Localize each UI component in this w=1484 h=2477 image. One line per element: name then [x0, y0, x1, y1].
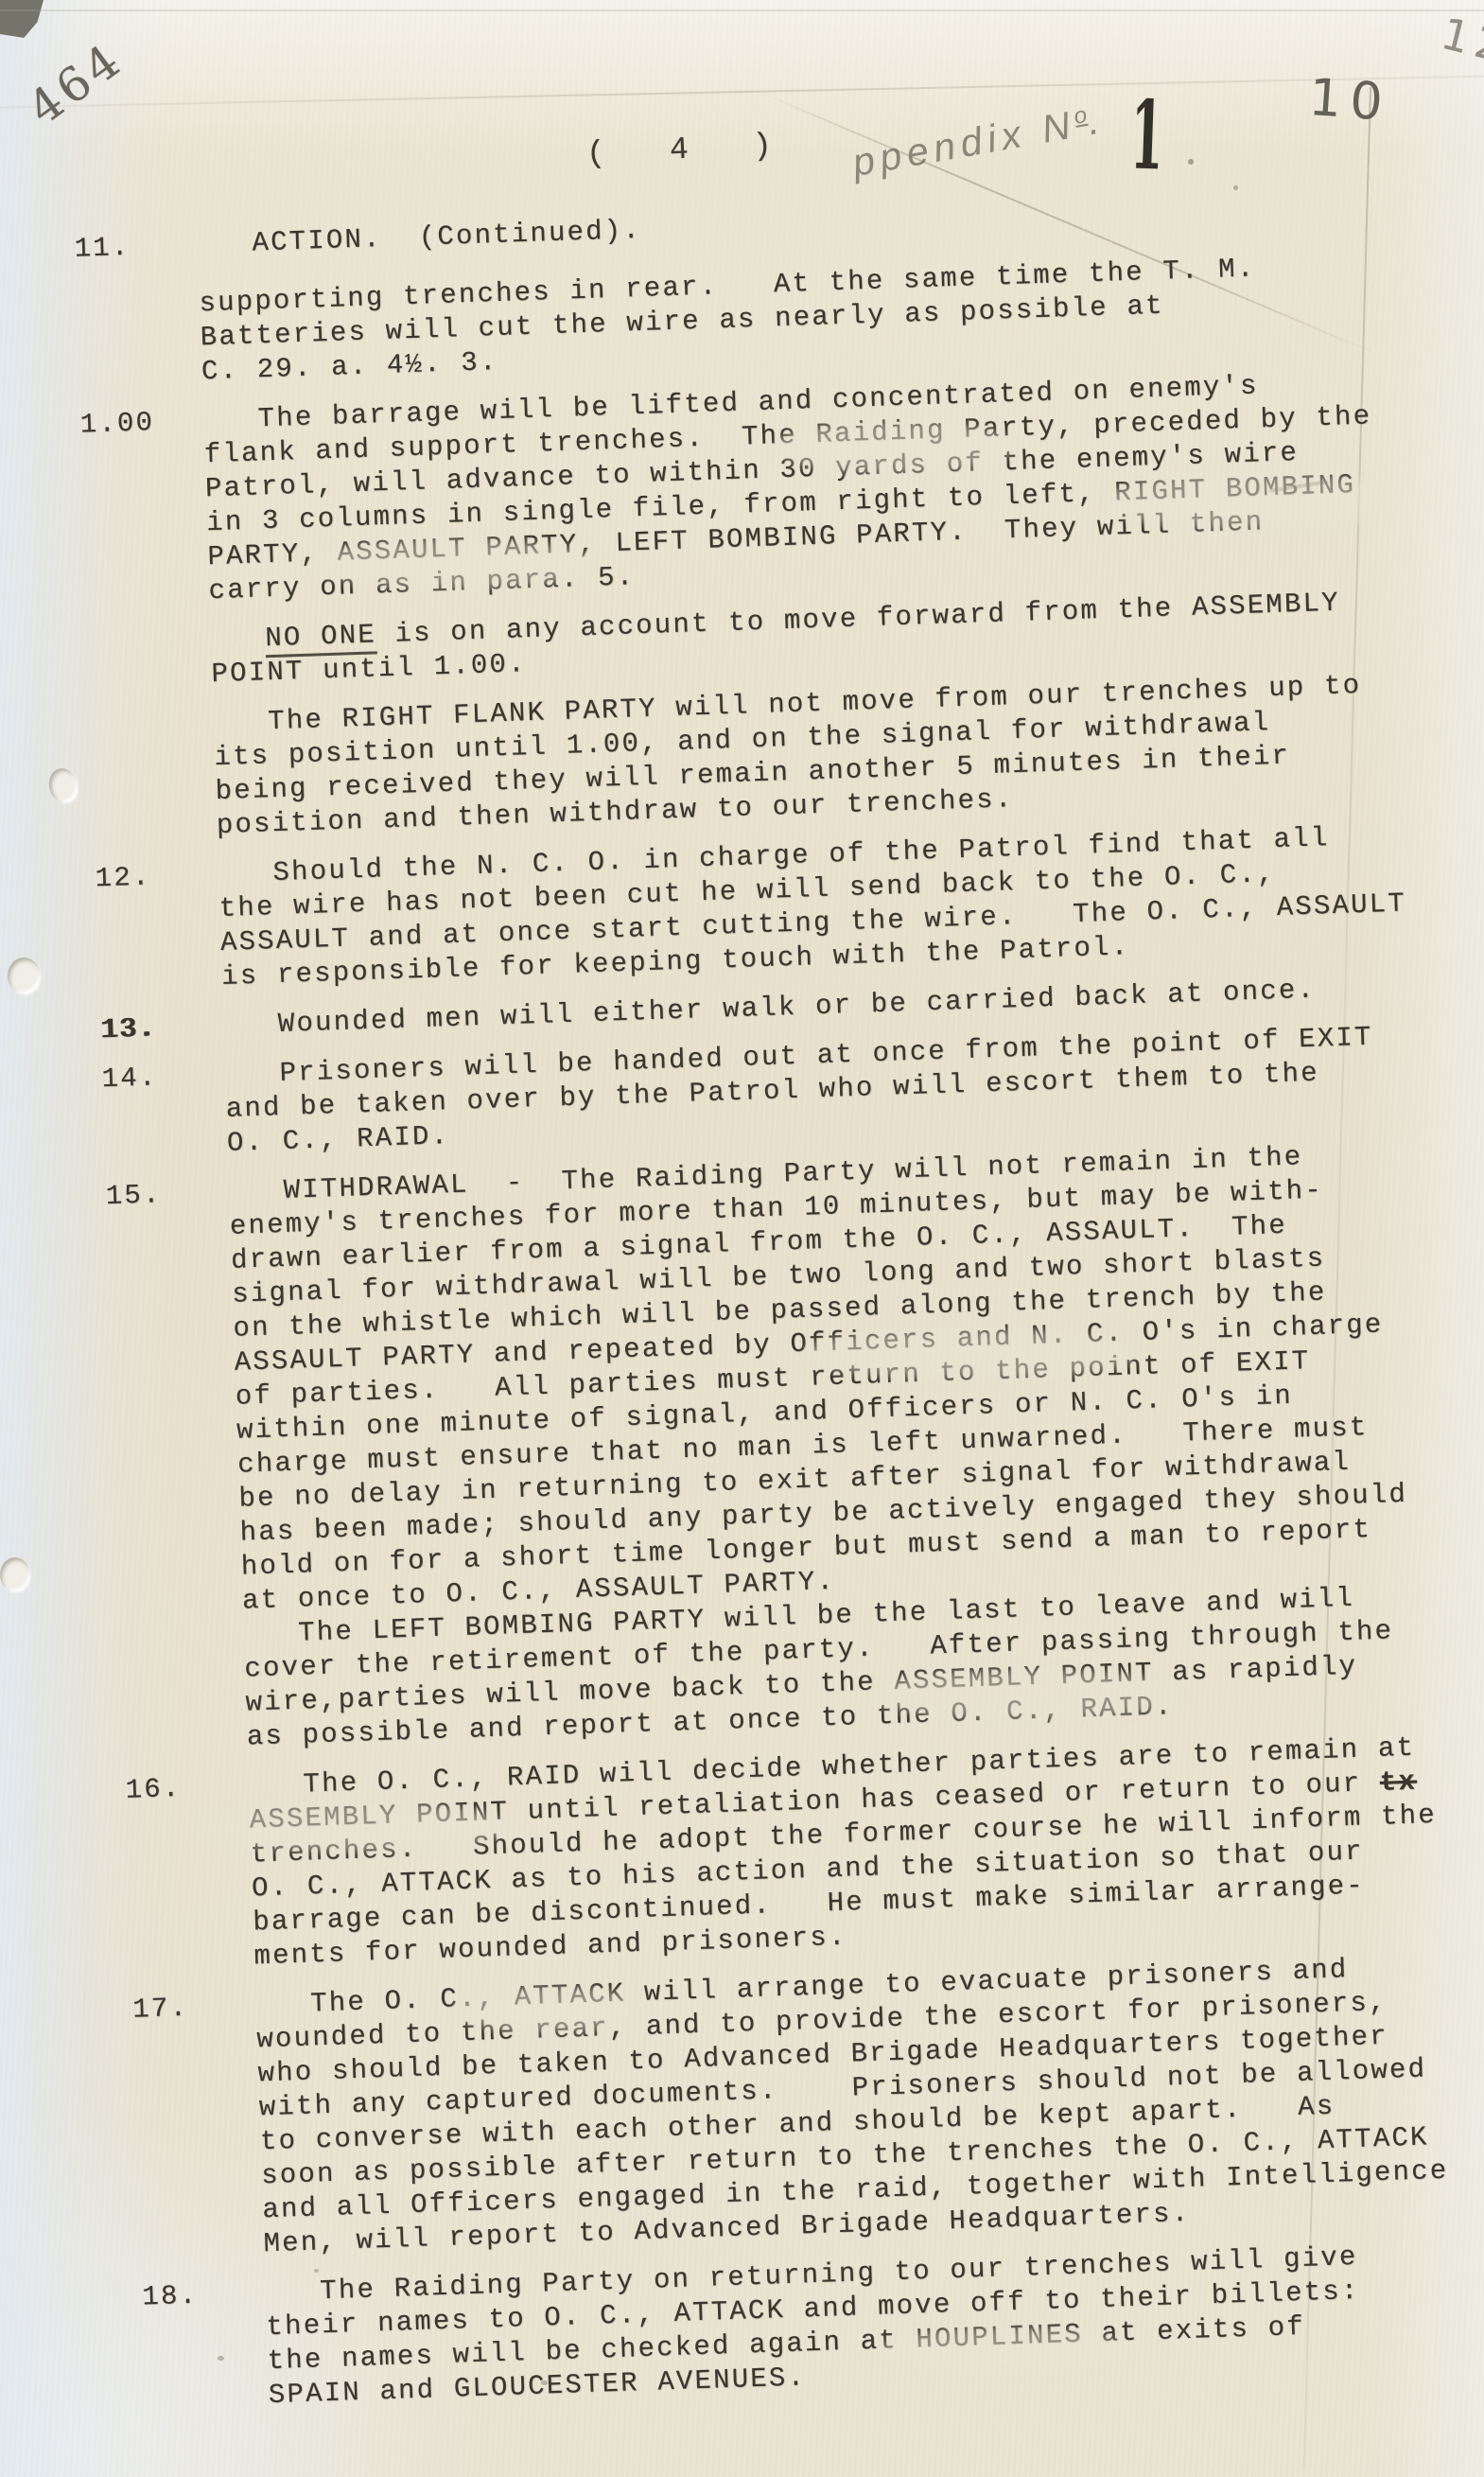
section-zero-hour: 1.00 The barrage will be lifted and conc…: [72, 364, 1414, 862]
appendix-stamp-text: ppendix N: [849, 102, 1079, 184]
ink-dot: [1188, 159, 1194, 165]
pencil-corner-number: 12: [1437, 8, 1484, 74]
section-body: The O. C., RAID will decide whether part…: [248, 1730, 1452, 1990]
paragraph: The O. C., RAID will decide whether part…: [248, 1730, 1451, 1975]
section-number: 13.: [92, 1010, 224, 1063]
paragraph: The O. C., ATTACK will arrange to evacua…: [255, 1949, 1461, 2261]
section-number: 16.: [117, 1770, 255, 1994]
underlined-phrase: NO ONE: [265, 619, 377, 658]
section-number: 14.: [94, 1059, 228, 1181]
struck-out-text: tx: [1379, 1766, 1417, 1799]
section-number: 1.00: [72, 404, 218, 862]
section-number: 18.: [134, 2276, 270, 2432]
section-number: 15.: [97, 1176, 248, 1774]
ink-dot: [1233, 185, 1238, 190]
section-body: The O. C., ATTACK will arrange to evacua…: [255, 1949, 1461, 2276]
typed-body: 11. ACTION. (Continued). supporting tren…: [66, 188, 1466, 2432]
pencil-page-number: 10: [1307, 67, 1393, 132]
paper-emboss-hole: [45, 765, 81, 806]
scan-corner-patch: [0, 0, 44, 38]
paragraph: supporting trenches in rear. At the same…: [199, 247, 1399, 389]
document-page: 464 10 12 ( 4 ) ppendix No. 1 11. ACTION…: [0, 0, 1484, 2477]
section-17: 17. The O. C., ATTACK will arrange to ev…: [125, 1949, 1461, 2280]
section-16: 16. The O. C., RAID will decide whether …: [117, 1730, 1452, 1994]
section-heading: ACTION. (Continued).: [197, 188, 1394, 262]
paper-emboss-hole: [8, 957, 41, 994]
typed-page-number: ( 4 ): [585, 129, 775, 172]
section-number: 11.: [66, 228, 202, 408]
scan-top-edge: [0, 9, 1484, 11]
section-number: 12.: [87, 858, 222, 1013]
section-15: 15. WITHDRAWAL - The Raiding Party will …: [97, 1136, 1444, 1774]
section-body: WITHDRAWAL - The Raiding Party will not …: [228, 1136, 1444, 1770]
paragraph: WITHDRAWAL - The Raiding Party will not …: [228, 1136, 1440, 1619]
section-body: The barrage will be lifted and concentra…: [202, 364, 1414, 858]
appendix-stamp: ppendix No.: [849, 97, 1108, 185]
paragraph: The barrage will be lifted and concentra…: [202, 364, 1405, 608]
archive-number-stamp: 464: [19, 32, 133, 136]
paragraph: The RIGHT FLANK PARTY will not move from…: [213, 667, 1414, 843]
paper-emboss-hole: [0, 1557, 30, 1592]
appendix-number-handwritten: 1: [1128, 79, 1165, 191]
section-number: 17.: [125, 1989, 265, 2280]
overlapping-sheet-edge: [0, 75, 1484, 109]
appendix-stamp-dot: .: [1084, 97, 1108, 143]
